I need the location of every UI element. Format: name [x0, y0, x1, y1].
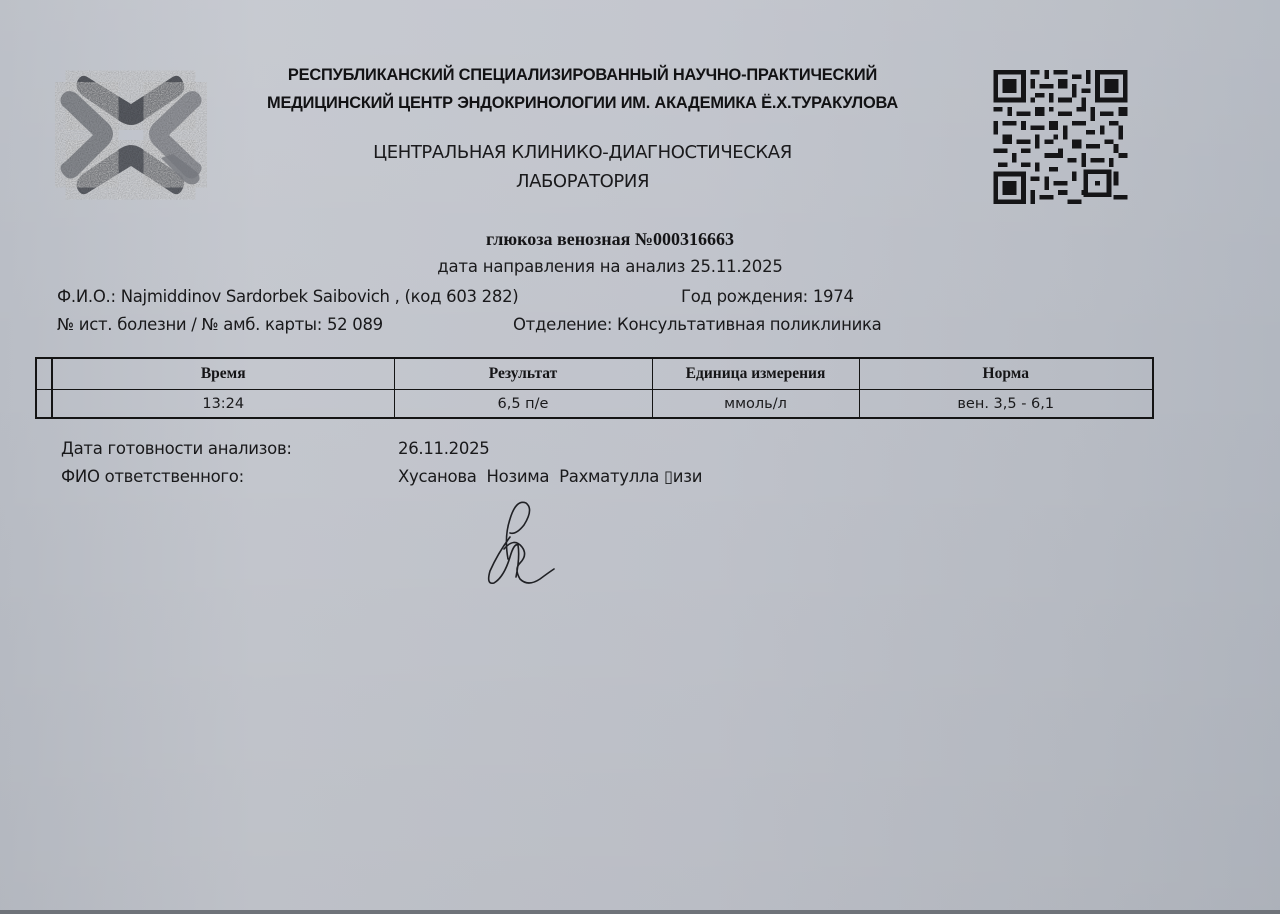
organization-name-line2: МЕДИЦИНСКИЙ ЦЕНТР ЭНДОКРИНОЛОГИИ ИМ. АКА…	[210, 89, 955, 117]
department-label: Отделение:	[513, 315, 612, 334]
results-table: Время Результат Единица измерения Норма …	[35, 357, 1154, 419]
cell-time: 13:24	[52, 390, 394, 419]
laboratory-name: ЦЕНТРАЛЬНАЯ КЛИНИКО-ДИАГНОСТИЧЕСКАЯ ЛАБО…	[330, 138, 835, 196]
birth-year: Год рождения: 1974	[681, 287, 854, 306]
table-row: 13:24 6,5 п/е ммоль/л вен. 3,5 - 6,1	[36, 390, 1153, 419]
qr-code-icon[interactable]	[993, 70, 1128, 204]
responsible-label: ФИО ответственного:	[61, 467, 244, 486]
fio-label: Ф.И.О.:	[57, 287, 116, 306]
paper-bottom-edge	[0, 910, 1280, 914]
cross-chevrons-logo-icon	[55, 68, 207, 202]
fio-value: Najmiddinov Sardorbek Saibovich , (код 6…	[121, 287, 519, 306]
record-number-line: № ист. болезни / № амб. карты: 52 089	[57, 315, 383, 334]
header-result: Результат	[394, 358, 652, 390]
test-title: глюкоза венозная №000316663	[390, 229, 830, 250]
header-time: Время	[52, 358, 394, 390]
cell-result: 6,5 п/е	[394, 390, 652, 419]
birth-label: Год рождения:	[681, 287, 808, 306]
patient-name-line: Ф.И.О.: Najmiddinov Sardorbek Saibovich …	[57, 287, 518, 306]
header-unit: Единица измерения	[652, 358, 859, 390]
ready-date-label: Дата готовности анализов:	[61, 439, 292, 458]
handwritten-signature-icon	[480, 497, 560, 592]
referral-date: дата направления на анализ 25.11.2025	[390, 257, 830, 276]
ready-date-value: 26.11.2025	[398, 439, 489, 458]
birth-value: 1974	[813, 287, 854, 306]
record-label: № ист. болезни / № амб. карты:	[57, 315, 322, 334]
row-stub	[36, 390, 52, 419]
department: Отделение: Консультативная поликлиника	[513, 315, 881, 334]
header-norm: Норма	[859, 358, 1153, 390]
organization-name: РЕСПУБЛИКАНСКИЙ СПЕЦИАЛИЗИРОВАННЫЙ НАУЧН…	[210, 61, 955, 117]
department-value: Консультативная поликлиника	[617, 315, 881, 334]
responsible-value: Хусанова Нозима Рахматулла ▯изи	[398, 467, 702, 486]
laboratory-name-line2: ЛАБОРАТОРИЯ	[330, 167, 835, 196]
table-header-row: Время Результат Единица измерения Норма	[36, 358, 1153, 390]
cell-unit: ммоль/л	[652, 390, 859, 419]
record-value: 52 089	[327, 315, 383, 334]
laboratory-name-line1: ЦЕНТРАЛЬНАЯ КЛИНИКО-ДИАГНОСТИЧЕСКАЯ	[330, 138, 835, 167]
row-stub	[36, 358, 52, 390]
cell-norm: вен. 3,5 - 6,1	[859, 390, 1153, 419]
organization-name-line1: РЕСПУБЛИКАНСКИЙ СПЕЦИАЛИЗИРОВАННЫЙ НАУЧН…	[210, 61, 955, 89]
